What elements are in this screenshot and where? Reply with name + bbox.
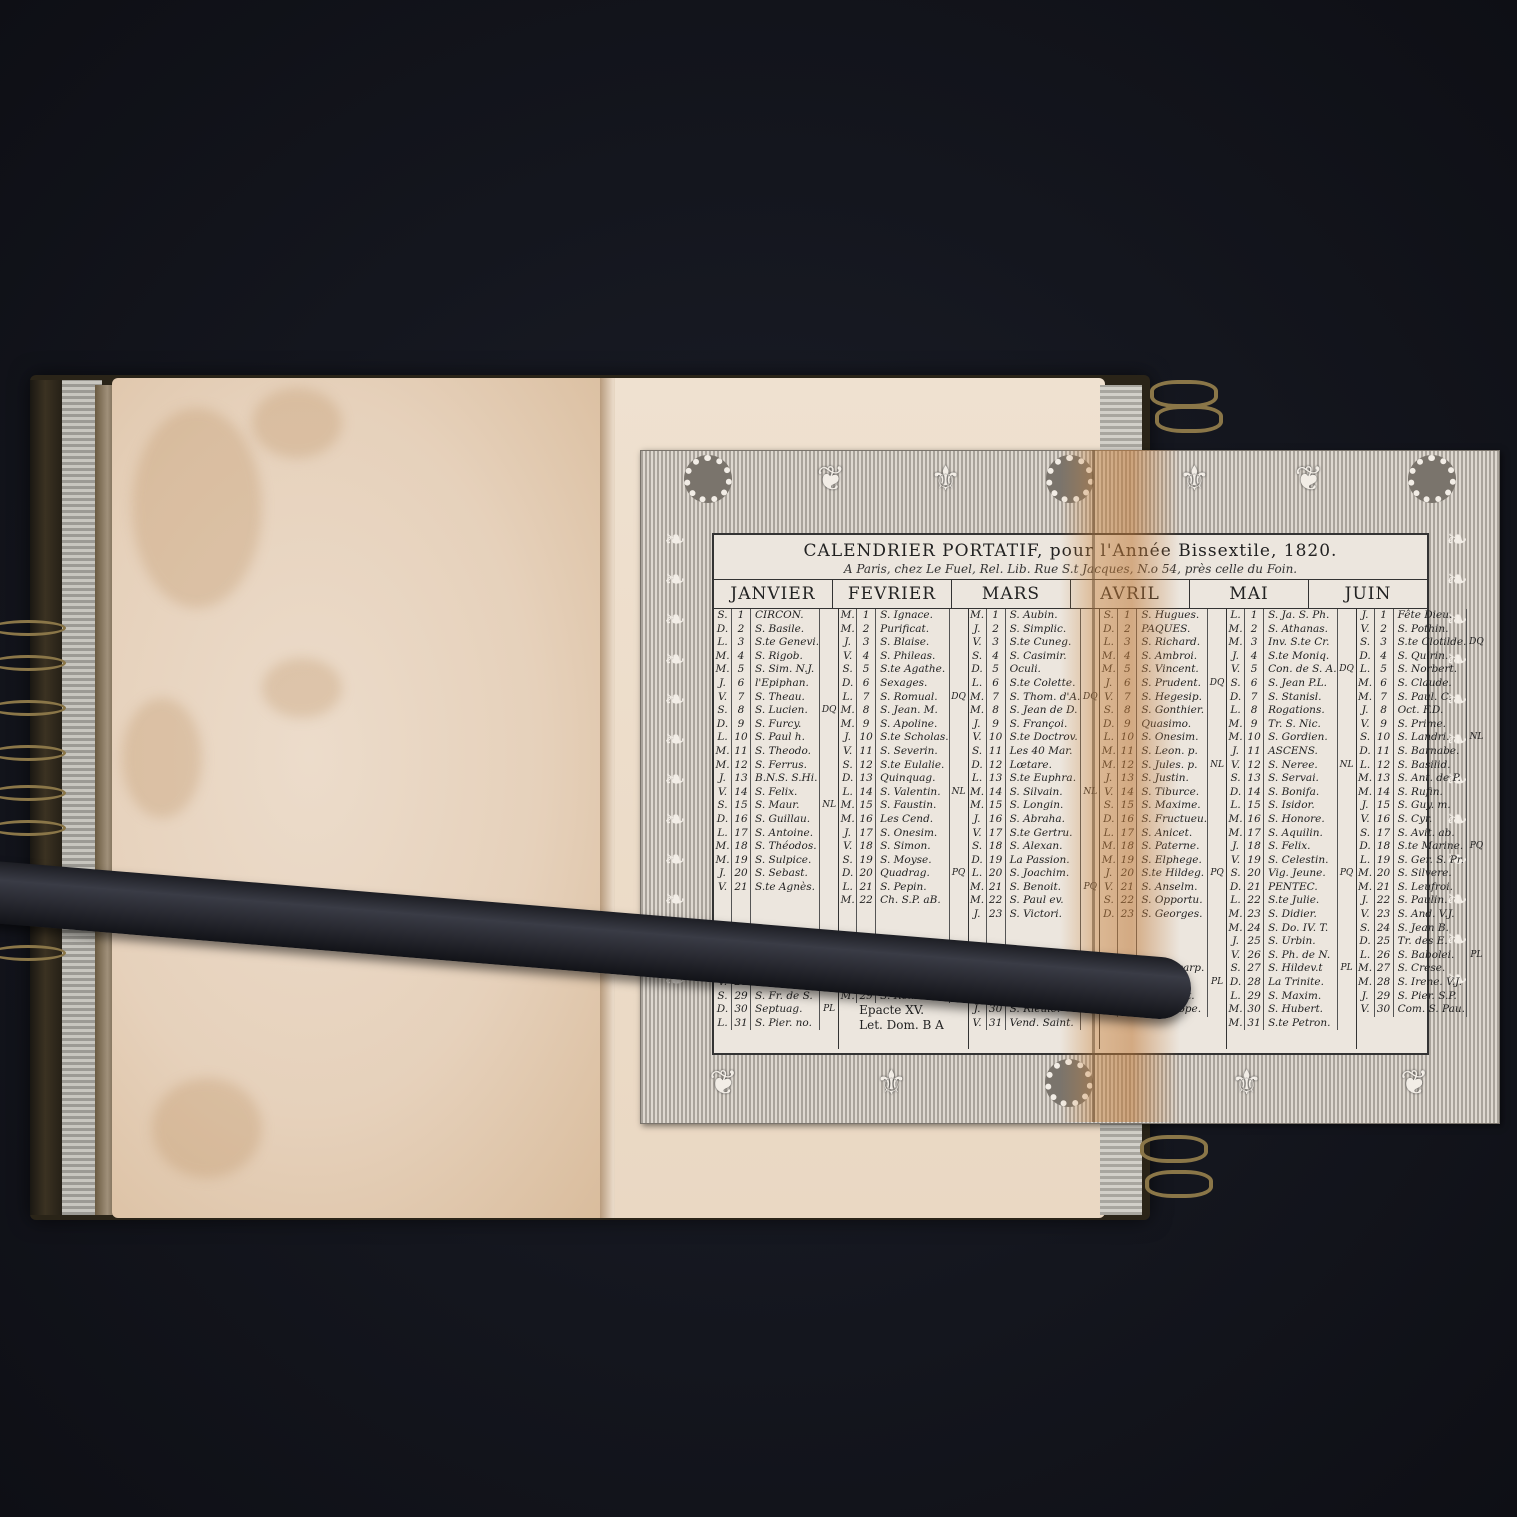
table-row: M.9S. Apoline. [839,718,967,732]
table-row: L.21S. Pepin. [839,881,967,895]
saint-cell: S. Apoline. [876,718,949,732]
table-row: V.5Con. de S. A.DQ [1227,663,1355,677]
table-row: L.17S. Antoine. [714,827,838,841]
day-number-cell: 4 [732,650,751,664]
table-row: L.3S.te Genevi. [714,636,838,650]
weekday-cell: V. [1357,813,1375,827]
saint-cell: S.te Agnès. [751,881,820,895]
month-column: J.1Fête Dieu.V.2S. Pothin.S.3S.te Clotil… [1357,609,1486,1049]
moon-phase-cell: DQ [820,704,838,718]
brass-clasp-top [1150,375,1230,455]
table-row: J.17S. Onesim. [839,827,967,841]
weekday-cell: L. [1357,663,1375,677]
saint-cell: S. Urbin. [1264,935,1337,949]
day-number-cell: 31 [987,1017,1006,1031]
weekday-cell: D. [1357,840,1375,854]
weekday-cell: S. [714,704,732,718]
weekday-cell: D. [1227,881,1245,895]
day-number-cell: 26 [1375,949,1394,963]
table-row: M.23S. Didier. [1227,908,1355,922]
moon-phase-cell [820,854,838,868]
weekday-cell: J. [969,1003,987,1017]
saint-cell: S.te Clotilde. [1394,636,1468,650]
day-number-cell: 15 [1245,799,1264,813]
moon-phase-cell: DQ [1338,663,1356,677]
table-row: D.6Sexages. [839,677,967,691]
moon-phase-cell [820,908,838,922]
moon-phase-cell: PL [1208,976,1226,990]
day-number-cell: 11 [732,745,751,759]
day-number-cell: 6 [857,677,876,691]
weekday-cell: M. [839,718,857,732]
moon-phase-cell [1208,894,1226,908]
day-number-cell: 16 [732,813,751,827]
table-row: S.24S. Jean B. [1357,922,1486,936]
moon-phase-cell [1338,827,1356,841]
moon-phase-cell [1208,840,1226,854]
day-number-cell: 18 [1375,840,1394,854]
weekday-cell: M. [969,786,987,800]
table-row: J.13B.N.S. S.Hi. [714,772,838,786]
moon-phase-cell [950,718,968,732]
saint-cell: S. Severin. [876,745,949,759]
saint-cell: S. Ant. de P. [1394,772,1468,786]
table-row: M.3Inv. S.te Cr. [1227,636,1355,650]
day-number-cell: 29 [1375,990,1394,1004]
moon-phase-cell [950,908,968,922]
saint-cell: S. Athanas. [1264,623,1337,637]
weekday-cell: V. [969,731,987,745]
saint-cell: S. Theodo. [751,745,820,759]
moon-phase-cell: DQ [1467,636,1485,650]
moon-phase-cell [1467,772,1485,786]
day-number-cell: 16 [987,813,1006,827]
weekday-cell: V. [1227,759,1245,773]
weekday-cell: J. [714,677,732,691]
moon-phase-cell [820,650,838,664]
saint-cell: Rogations. [1264,704,1337,718]
moon-phase-cell [1208,922,1226,936]
saint-cell: S. Aquilin. [1264,827,1337,841]
saint-cell: S. Jean B. [1394,922,1468,936]
weekday-cell: D. [1227,976,1245,990]
table-row: M.16S. Honore. [1227,813,1355,827]
saint-cell: S. Do. IV. T. [1264,922,1337,936]
weekday-cell: M. [1357,786,1375,800]
weekday-cell: J. [1357,799,1375,813]
saint-cell: S. Paul. C. [1394,691,1468,705]
table-row: J.4S.te Moniq. [1227,650,1355,664]
day-number-cell: 2 [1245,623,1264,637]
scroll-ornament-icon: ⚜ [876,1063,906,1103]
day-number-cell: 17 [857,827,876,841]
day-number-cell: 13 [732,772,751,786]
day-number-cell: 24 [1245,922,1264,936]
weekday-cell: D. [1357,745,1375,759]
table-row: S.29S. Fr. de S. [714,990,838,1004]
day-number-cell: 29 [732,990,751,1004]
day-number-cell: 15 [1375,799,1394,813]
saint-cell: La Trinite. [1264,976,1337,990]
weekday-cell: L. [1357,759,1375,773]
saint-cell: S. Maur. [751,799,820,813]
weekday-cell: D. [1357,935,1375,949]
weekday-cell: M. [1357,772,1375,786]
weekday-cell: D. [1227,691,1245,705]
moon-phase-cell [950,799,968,813]
day-number-cell: 1 [1375,609,1394,623]
saint-cell: S. Jean P.L. [1264,677,1337,691]
table-row: M.11S. Theodo. [714,745,838,759]
table-row [714,908,838,922]
saint-cell: S. Jean. M. [876,704,949,718]
moon-phase-cell [820,731,838,745]
day-number-cell: 19 [1245,854,1264,868]
saint-cell [751,894,820,908]
moon-phase-cell [1208,731,1226,745]
month-header: FEVRIER [833,580,952,608]
day-number-cell [987,922,1006,936]
saint-cell: S. Paulin. [1394,894,1468,908]
day-number-cell: 2 [987,623,1006,637]
moon-phase-cell [1338,718,1356,732]
weekday-cell: J. [1227,840,1245,854]
moon-phase-cell [1208,772,1226,786]
moon-phase-cell [1338,623,1356,637]
weekday-cell: L. [714,731,732,745]
saint-cell: Ch. S.P. aB. [876,894,949,908]
calendar-footer-note: Epacte XV. [839,1003,967,1018]
weekday-cell: M. [1227,623,1245,637]
saint-cell: Tr. des E. [1394,935,1468,949]
moon-phase-cell [1338,990,1356,1004]
saint-cell: Vig. Jeune. [1264,867,1337,881]
day-number-cell: 3 [987,636,1006,650]
weekday-cell: S. [1227,962,1245,976]
table-row: M.6S. Claude. [1357,677,1486,691]
weekday-cell: J. [839,731,857,745]
table-row: L.8Rogations. [1227,704,1355,718]
calendar-footer-note: Let. Dom. B A [839,1018,967,1033]
weekday-cell: M. [1227,1017,1245,1031]
table-row: S.13S. Servai. [1227,772,1355,786]
table-row: D.21PENTEC. [1227,881,1355,895]
table-row: J.22S. Paulin. [1357,894,1486,908]
weekday-cell: D. [969,759,987,773]
table-row: V.12S. Neree.NL [1227,759,1355,773]
table-row: M.1S. Ignace. [839,609,967,623]
table-row: V.21S.te Agnès. [714,881,838,895]
weekday-cell: D. [969,663,987,677]
saint-cell: S. Antoine. [751,827,820,841]
moon-phase-cell [820,1017,838,1031]
day-number-cell: 4 [857,650,876,664]
weekday-cell: D. [714,1003,732,1017]
weekday-cell: S. [969,745,987,759]
table-row: M.28S. Irene. V.J. [1357,976,1486,990]
saint-cell: S. Rufin. [1394,786,1468,800]
day-number-cell: 8 [987,704,1006,718]
moon-phase-cell [950,623,968,637]
moon-phase-cell: NL [1208,759,1226,773]
moon-phase-cell [1467,908,1485,922]
weekday-cell: S. [714,609,732,623]
weekday-cell: V. [1227,663,1245,677]
table-row: V.11S. Severin. [839,745,967,759]
scroll-ornament-icon: ⚜ [930,459,960,499]
weekday-cell: L. [969,772,987,786]
scroll-ornament-icon: ❦ [817,459,846,499]
saint-cell: S.te Marine. [1394,840,1468,854]
saint-cell: S.te Scholas. [876,731,949,745]
weekday-cell: S. [1227,677,1245,691]
weekday-cell: J. [714,867,732,881]
day-number-cell: 14 [1375,786,1394,800]
day-number-cell: 31 [1245,1017,1264,1031]
saint-cell: S. Irene. V.J. [1394,976,1468,990]
day-number-cell: 10 [987,731,1006,745]
table-row: V.9S. Prime. [1357,718,1486,732]
weekday-cell: M. [839,799,857,813]
weekday-cell: L. [839,786,857,800]
moon-phase-cell [1338,976,1356,990]
scroll-ornament-icon: ❦ [709,1063,738,1103]
day-number-cell: 17 [1375,827,1394,841]
weekday-cell: S. [839,759,857,773]
weekday-cell: M. [714,759,732,773]
weekday-cell: M. [839,894,857,908]
table-row: J.1Fête Dieu. [1357,609,1486,623]
moon-phase-cell [1338,691,1356,705]
weekday-cell: D. [839,677,857,691]
saint-cell: S. Neree. [1264,759,1337,773]
saint-cell: S. Hildev.t [1264,962,1337,976]
weekday-cell: V. [1357,718,1375,732]
moon-phase-cell [1467,976,1485,990]
weekday-cell: J. [1227,745,1245,759]
moon-phase-cell: DQ [1208,677,1226,691]
saint-cell: S. Pothin. [1394,623,1468,637]
weekday-cell: M. [1227,922,1245,936]
moon-phase-cell [1208,786,1226,800]
moon-phase-cell [1208,704,1226,718]
moon-phase-cell [950,677,968,691]
day-number-cell: 8 [732,704,751,718]
day-number-cell: 8 [857,704,876,718]
table-row: S.10S. Landri.NL [1357,731,1486,745]
saint-cell: S. Sulpice. [751,854,820,868]
day-number-cell [857,908,876,922]
table-row: L.7S. Romual.DQ [839,691,967,705]
moon-phase-cell: PQ [950,867,968,881]
day-number-cell: 3 [732,636,751,650]
moon-phase-cell [950,636,968,650]
day-number-cell: 21 [857,881,876,895]
moon-phase-cell [950,745,968,759]
weekday-cell: S. [714,799,732,813]
weekday-cell: M. [714,840,732,854]
saint-cell: S. Romual. [876,691,949,705]
day-number-cell: 9 [857,718,876,732]
day-number-cell: 24 [1375,922,1394,936]
table-row: M.14S. Rufin. [1357,786,1486,800]
saint-cell: S. Basilid. [1394,759,1468,773]
day-number-cell [732,908,751,922]
moon-phase-cell [1208,609,1226,623]
table-row: V.23S. And. V.J. [1357,908,1486,922]
moon-phase-cell [1208,854,1226,868]
weekday-cell: S. [1227,867,1245,881]
weekday-cell: L. [1357,949,1375,963]
moon-phase-cell [820,813,838,827]
day-number-cell: 2 [732,623,751,637]
moon-phase-cell [950,922,968,936]
weekday-cell: M. [1357,867,1375,881]
saint-cell: S. Honore. [1264,813,1337,827]
weekday-cell: M. [1227,827,1245,841]
moon-phase-cell [820,745,838,759]
weekday-cell: D. [969,854,987,868]
table-row: S.1CIRCON. [714,609,838,623]
moon-phase-cell [1467,704,1485,718]
table-row: V.26S. Ph. de N. [1227,949,1355,963]
moon-phase-cell [1467,759,1485,773]
moon-phase-cell: PL [820,1003,838,1017]
saint-cell: S. Gordien. [1264,731,1337,745]
table-row: J.15S. Guy. m. [1357,799,1486,813]
saint-cell: ASCENS. [1264,745,1337,759]
moon-phase-cell [1338,609,1356,623]
saint-cell: Quinquag. [876,772,949,786]
day-number-cell: 16 [1245,813,1264,827]
saint-cell: S. Ferrus. [751,759,820,773]
day-number-cell: 19 [987,854,1006,868]
moon-phase-cell [1467,799,1485,813]
table-row: L.5S. Norbert. [1357,663,1486,677]
weekday-cell: M. [1357,976,1375,990]
saint-cell: S. Quirin. [1394,650,1468,664]
weekday-cell: M. [969,881,987,895]
moon-phase-cell [1208,827,1226,841]
weekday-cell: D. [1227,786,1245,800]
weekday-cell: V. [1357,1003,1375,1017]
day-number-cell: 17 [987,827,1006,841]
day-number-cell: 7 [1375,691,1394,705]
table-row: D.16S. Guillau. [714,813,838,827]
day-number-cell: 20 [1245,867,1264,881]
day-number-cell: 23 [987,908,1006,922]
table-row: D.7S. Stanisl. [1227,691,1355,705]
day-number-cell: 6 [1375,677,1394,691]
day-number-cell: 21 [1245,881,1264,895]
table-row: J.8Oct. F.D. [1357,704,1486,718]
moon-phase-cell [1338,677,1356,691]
table-row: L.1S. Ja. S. Ph. [1227,609,1355,623]
saint-cell: Fête Dieu. [1394,609,1468,623]
moon-phase-cell [820,623,838,637]
day-number-cell: 4 [1245,650,1264,664]
weekday-cell: J. [1227,650,1245,664]
table-row: D.11S. Barnabe. [1357,745,1486,759]
day-number-cell: 21 [732,881,751,895]
saint-cell: Sexages. [876,677,949,691]
day-number-cell: 15 [732,799,751,813]
moon-phase-cell [950,881,968,895]
table-row [839,908,967,922]
blank-left-page [112,378,606,1218]
table-row: L.14S. Valentin.NL [839,786,967,800]
weekday-cell: M. [1357,691,1375,705]
saint-cell: S. Ph. de N. [1264,949,1337,963]
saint-cell: S. Rigob. [751,650,820,664]
moon-phase-cell [1467,786,1485,800]
weekday-cell: S. [1357,731,1375,745]
day-number-cell: 5 [987,663,1006,677]
saint-cell: S. Hubert. [1264,1003,1337,1017]
weekday-cell: M. [1227,731,1245,745]
day-number-cell: 12 [1245,759,1264,773]
moon-phase-cell [1208,799,1226,813]
moon-phase-cell [1208,935,1226,949]
day-number-cell: 10 [1245,731,1264,745]
weekday-cell: J. [969,908,987,922]
moon-phase-cell [820,894,838,908]
moon-phase-cell [1208,908,1226,922]
table-row: J.29S. Pier. S.P. [1357,990,1486,1004]
moon-phase-cell [1338,772,1356,786]
saint-cell: S. Landri. [1394,731,1468,745]
day-number-cell: 27 [1375,962,1394,976]
scroll-ornament-icon: ❦ [1295,459,1324,499]
moon-phase-cell: PL [1467,949,1485,963]
weekday-cell: L. [839,691,857,705]
table-row: M.21S. Leufroi. [1357,881,1486,895]
saint-cell: S. Blaise. [876,636,949,650]
weekday-cell: L. [1227,990,1245,1004]
table-row: J.10S.te Scholas. [839,731,967,745]
day-number-cell: 16 [857,813,876,827]
weekday-cell: V. [1227,949,1245,963]
table-row: V.30Com. S. Pau. [1357,1003,1486,1017]
moon-phase-cell [1338,636,1356,650]
table-row: V.7S. Theau. [714,691,838,705]
weekday-cell: M. [839,704,857,718]
day-number-cell: 10 [1375,731,1394,745]
table-row: M.22Ch. S.P. aB. [839,894,967,908]
day-number-cell: 1 [857,609,876,623]
weekday-cell: S. [1227,772,1245,786]
brass-clasp-bottom [1140,1130,1220,1210]
saint-cell: Les Cend. [876,813,949,827]
day-number-cell: 2 [857,623,876,637]
moon-phase-cell [820,772,838,786]
day-number-cell: 25 [1375,935,1394,949]
moon-phase-cell: PQ [1208,867,1226,881]
moon-phase-cell [1338,894,1356,908]
table-row: M.10S. Gordien. [1227,731,1355,745]
saint-cell: S. Prime. [1394,718,1468,732]
table-row: M.20S. Silvere. [1357,867,1486,881]
day-number-cell: 7 [857,691,876,705]
moon-phase-cell [950,854,968,868]
day-number-cell: 18 [987,840,1006,854]
table-row: S.12S.te Eulalie. [839,759,967,773]
day-number-cell: 1 [732,609,751,623]
day-number-cell: 21 [1375,881,1394,895]
moon-phase-cell [820,718,838,732]
scroll-ornament-icon: ❦ [1400,1063,1429,1103]
day-number-cell: 17 [1245,827,1264,841]
